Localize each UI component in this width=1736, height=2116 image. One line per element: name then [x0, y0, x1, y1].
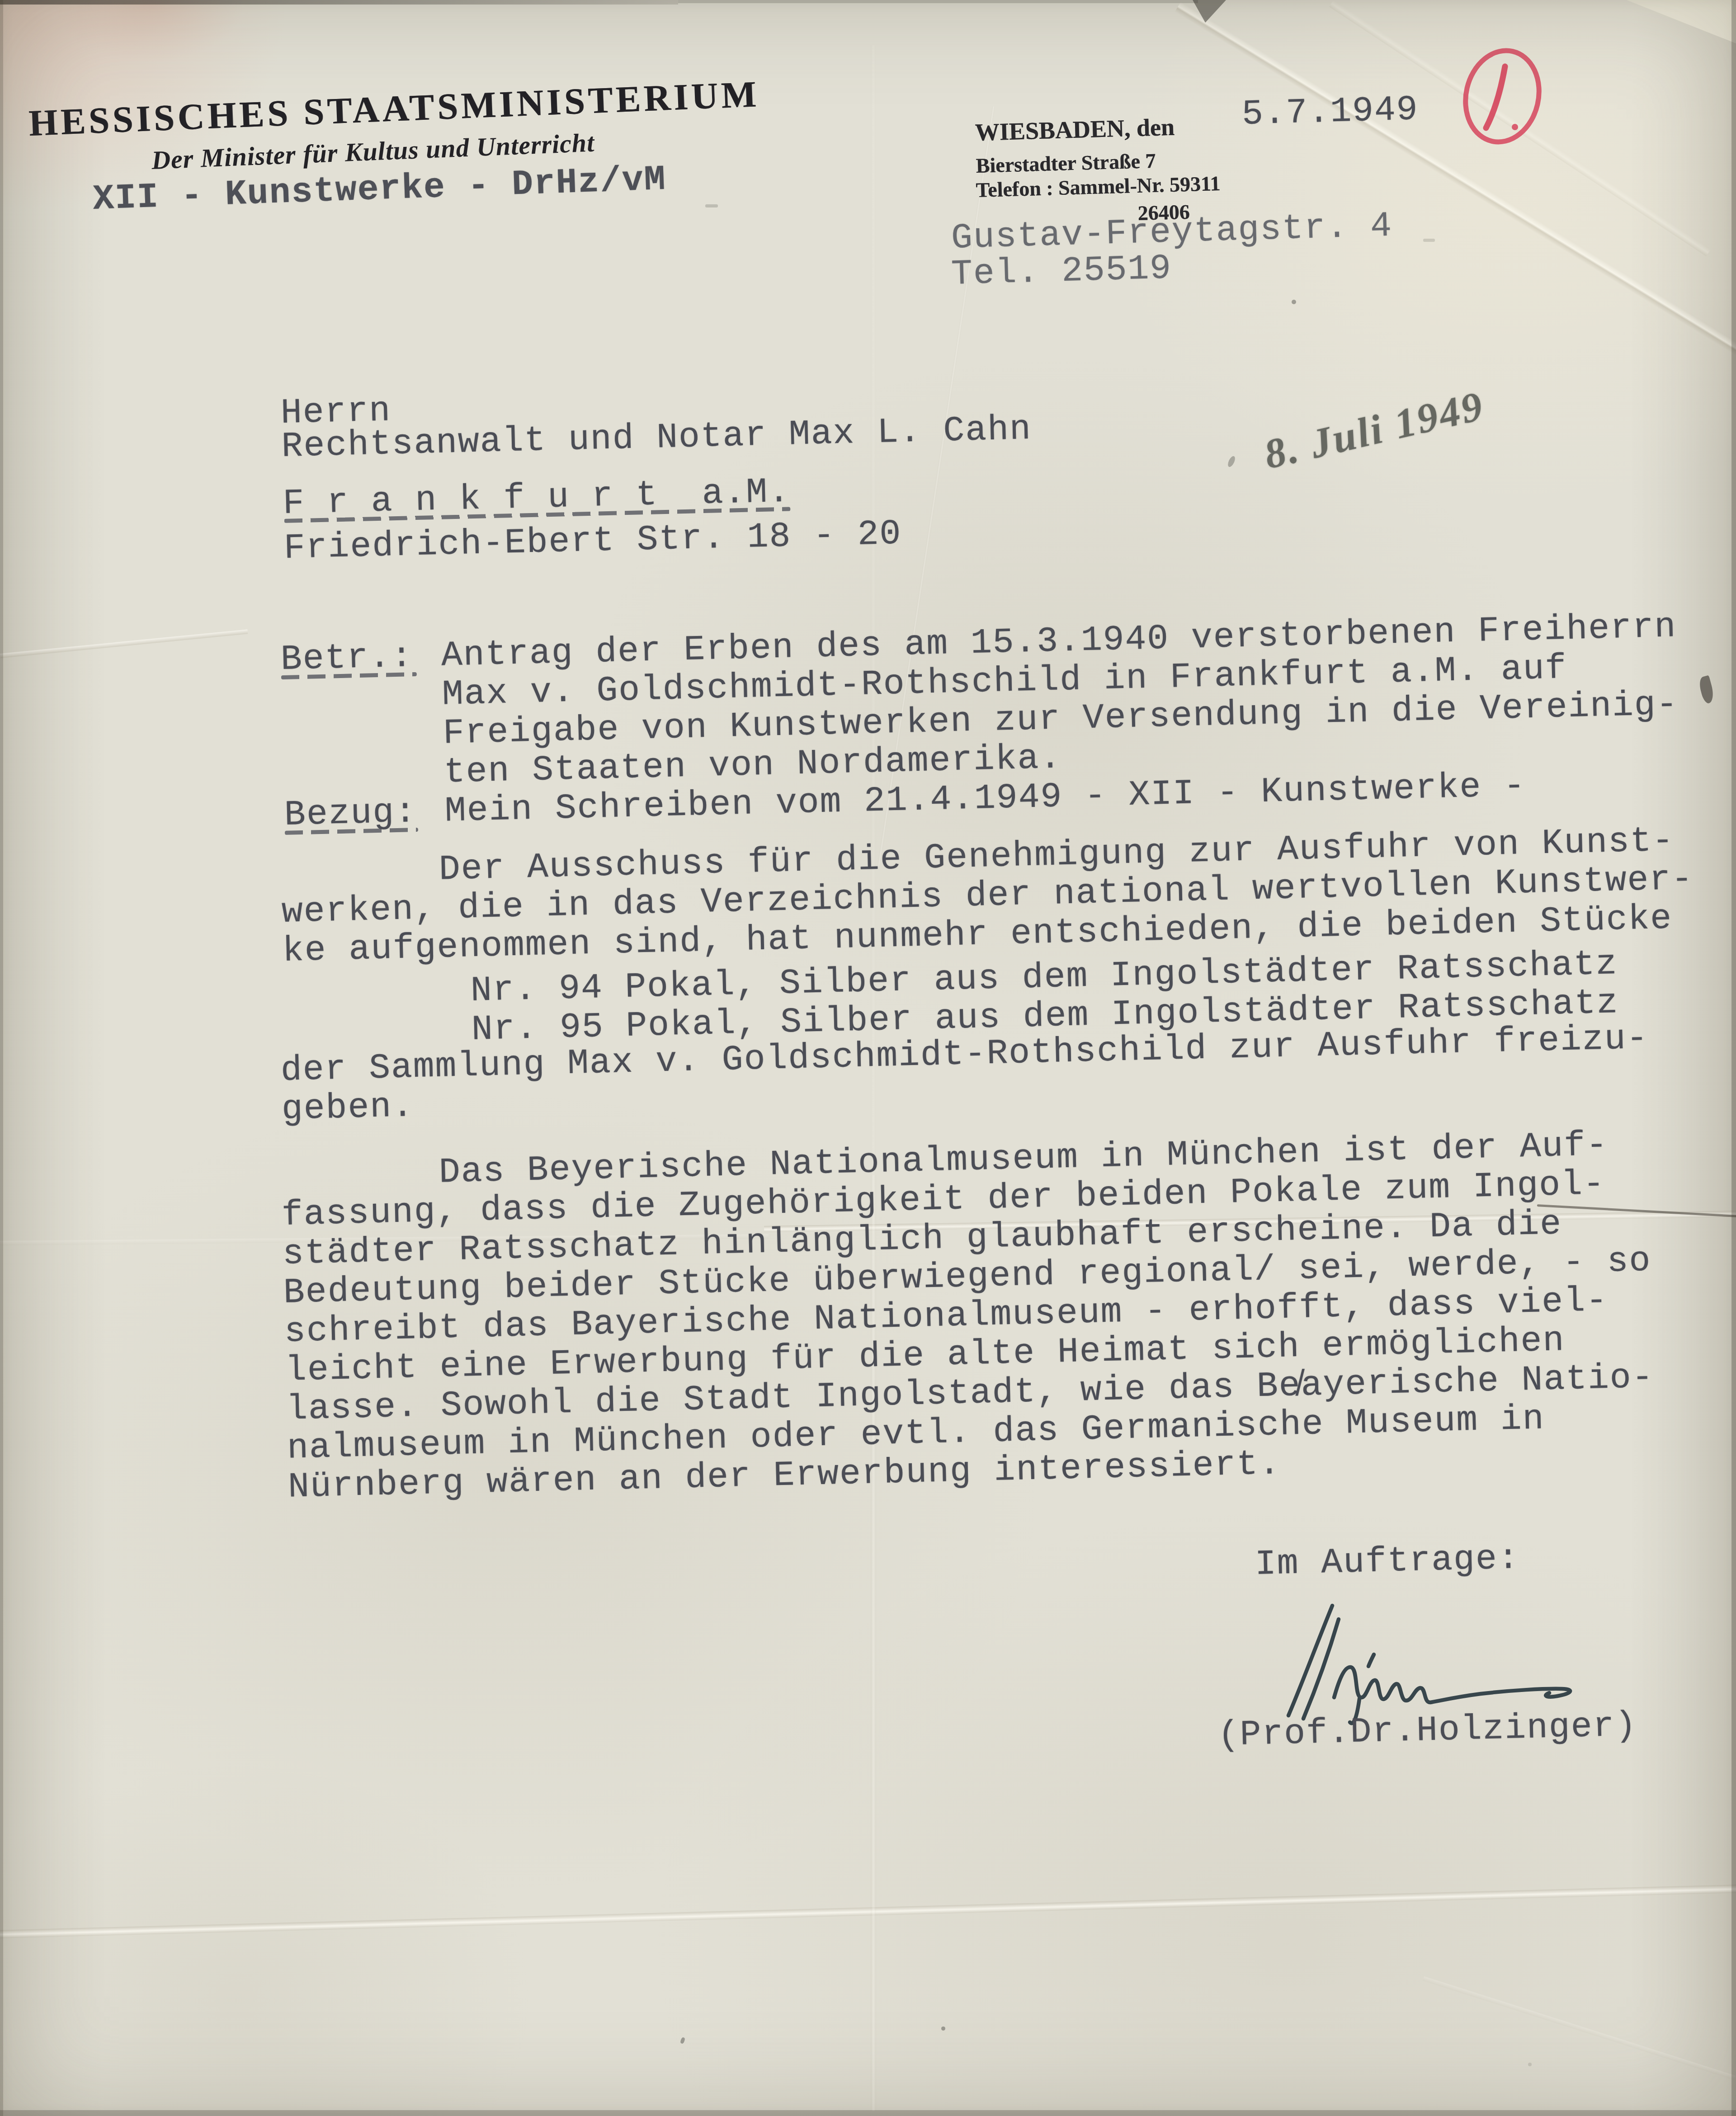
page-number-mark — [1449, 38, 1562, 160]
sender-private-address: Gustav-Freytagstr. 4 — [951, 207, 1393, 259]
sender-private-phone: Tel. 25519 — [951, 250, 1172, 294]
page-number-digit-icon — [1486, 66, 1505, 128]
received-stamp: 8. Juli 1949 — [1260, 385, 1488, 476]
stray-dash-after-address — [1423, 239, 1435, 242]
scan-edge-top-left — [0, 0, 678, 5]
paper-speck — [1528, 2063, 1532, 2066]
recipient-name: Rechtsanwalt und Notar Max L. Cahn — [281, 410, 1032, 467]
recipient-block: Herrn Rechtsanwalt und Notar Max L. Cahn… — [280, 375, 1098, 584]
body-line: geben. — [281, 1087, 415, 1129]
stray-dot-right-header — [1292, 300, 1296, 304]
page-number-dot-icon — [1512, 124, 1518, 130]
paper-notch-top — [1193, 0, 1226, 23]
recipient-street: Friedrich-Ebert Str. 18 - 20 — [283, 515, 902, 568]
fold-bottom-third — [0, 1885, 1736, 1938]
sender-city-line: WIESBADEN, den — [975, 115, 1175, 145]
page-number-circle-icon — [1457, 43, 1548, 150]
paper-speck — [680, 2037, 685, 2044]
sender-street: Bierstadter Straße 7 — [976, 151, 1156, 176]
sender-date: 5.7.1949 — [1241, 91, 1419, 135]
letterhead-title: HESSISCHES STAATSMINISTERIUM — [28, 75, 760, 142]
signature-stroke-icon — [1334, 1667, 1570, 1702]
crease-left-fold — [0, 629, 248, 658]
stray-dash-after-reference — [705, 204, 718, 207]
signature-stroke-icon — [1368, 1654, 1374, 1666]
scan-edge-top-mid — [678, 0, 1198, 3]
sender-phone-line: Telefon : Sammel-Nr. 59311 — [976, 173, 1221, 201]
stamp-stray-mark — [1227, 455, 1236, 468]
paper-speck — [941, 2026, 945, 2031]
scan-edge-bottom — [0, 2110, 1736, 2116]
closing-intro: Im Auftrage: — [1255, 1540, 1520, 1585]
crease-bottom-right — [1423, 1976, 1736, 2080]
scan-edge-left — [0, 0, 3, 2116]
paper-corner-sliver — [1627, 0, 1736, 43]
body-paragraph-2: Das Beyerische Nationalmuseum in München… — [280, 1123, 1736, 1528]
letter-page: HESSISCHES STAATSMINISTERIUM Der Ministe… — [0, 0, 1736, 2116]
